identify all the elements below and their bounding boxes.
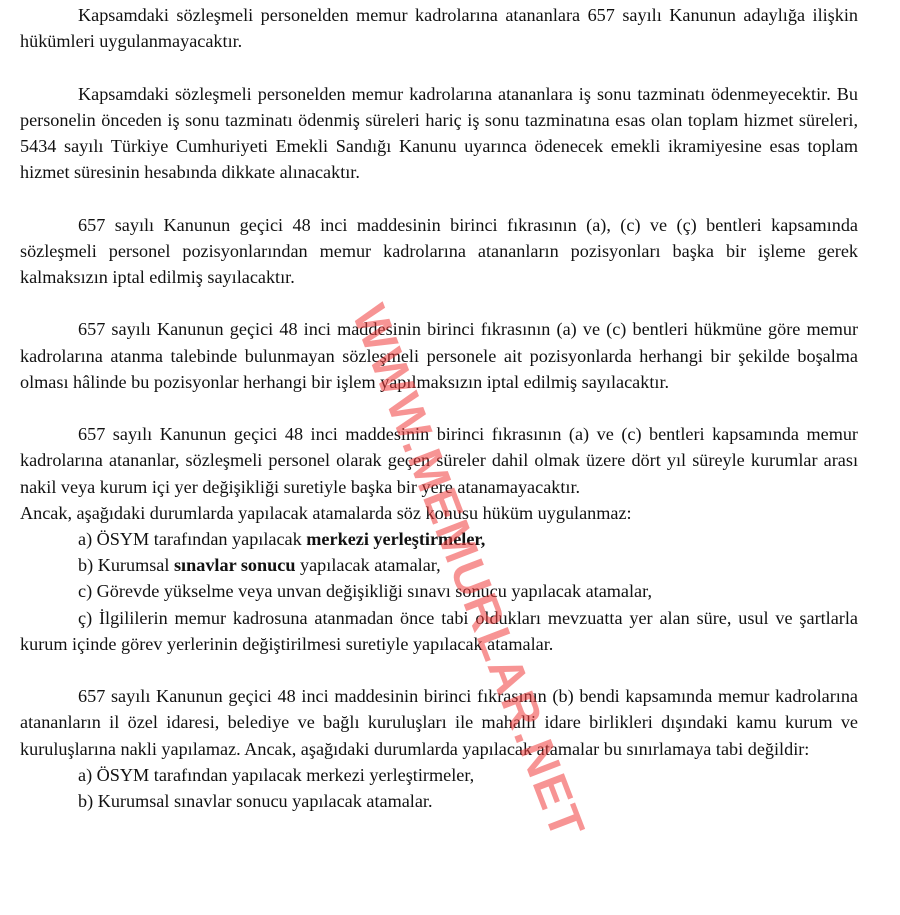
paragraph-nakil-yasagi: 657 sayılı Kanunun geçici 48 inci maddes… [20, 421, 858, 500]
document-body: Kapsamdaki sözleşmeli personelden memur … [20, 2, 858, 814]
paragraph-b-bendi: 657 sayılı Kanunun geçici 48 inci maddes… [20, 683, 858, 762]
limitation-item-a: a) ÖSYM tarafından yapılacak merkezi yer… [20, 762, 858, 788]
exception-item-c-cedilla: ç) İlgililerin memur kadrosuna atanmadan… [20, 605, 858, 657]
exception-item-a: a) ÖSYM tarafından yapılacak merkezi yer… [20, 526, 858, 552]
paragraph-adaylik: Kapsamdaki sözleşmeli personelden memur … [20, 2, 858, 54]
exception-item-c: c) Görevde yükselme veya unvan değişikli… [20, 578, 858, 604]
exception-item-b: b) Kurumsal sınavlar sonucu yapılacak at… [20, 552, 858, 578]
limitation-item-b: b) Kurumsal sınavlar sonucu yapılacak at… [20, 788, 858, 814]
paragraph-pozisyon-iptal: 657 sayılı Kanunun geçici 48 inci maddes… [20, 212, 858, 291]
exception-intro: Ancak, aşağıdaki durumlarda yapılacak at… [20, 500, 858, 526]
paragraph-bosalma-iptal: 657 sayılı Kanunun geçici 48 inci maddes… [20, 316, 858, 395]
paragraph-is-sonu-tazminati: Kapsamdaki sözleşmeli personelden memur … [20, 81, 858, 186]
